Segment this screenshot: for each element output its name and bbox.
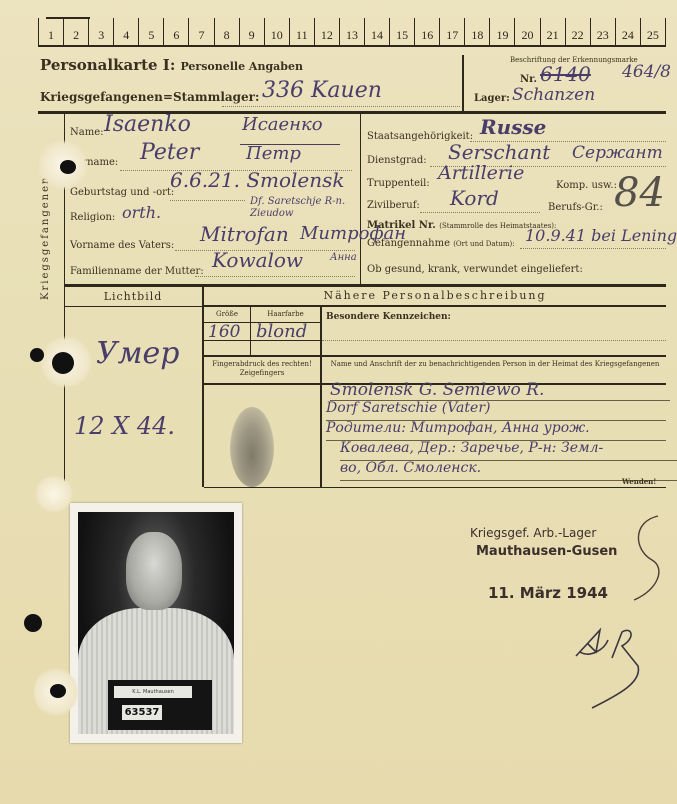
mutter-value-2: Анна — [330, 252, 357, 263]
personnel-card: 1234567891011121314151617181920212223242… — [0, 0, 677, 804]
gefangennahme-label-text: Gefangennahme — [367, 238, 450, 249]
truppenteil-value: Artillerie — [438, 162, 524, 184]
mutter-label: Familienname der Mutter: — [70, 266, 204, 277]
lichtbild-note-death: Умер — [96, 336, 180, 371]
religion-value: orth. — [122, 203, 161, 222]
punch-hole — [52, 352, 74, 374]
geburt-place-note: Df. Saretschje R-n. Zieudow — [250, 196, 360, 220]
stammlager-value: 336 Kauen — [262, 78, 382, 103]
signature-icon — [570, 622, 660, 712]
strip-cell: 8 — [214, 18, 239, 45]
komp-label: Komp. usw.: — [556, 180, 617, 191]
strip-marker — [46, 17, 90, 19]
stammlager-label: Kriegsgefangenen=Stammlager: — [40, 90, 259, 104]
punch-hole — [24, 614, 42, 632]
strip-cell: 14 — [364, 18, 389, 45]
number-strip: 1234567891011121314151617181920212223242… — [38, 18, 666, 47]
strip-cell: 11 — [289, 18, 314, 45]
truppenteil-label: Truppenteil: — [367, 178, 430, 189]
tear-mark — [34, 476, 74, 512]
strip-cell: 19 — [489, 18, 514, 45]
kontakt-line: Ковалева, Дер.: Заречье, Р-н: Земл- — [340, 440, 677, 461]
punch-hole — [30, 348, 44, 362]
strip-cell: 20 — [514, 18, 539, 45]
gefangennahme-value: 10.9.41 bei Leningr. — [525, 226, 677, 245]
religion-label: Religion: — [70, 212, 115, 223]
strip-cell: 10 — [264, 18, 289, 45]
plate-text: K.L. Mauthausen — [114, 686, 192, 698]
strip-cell: 2 — [63, 18, 88, 45]
strip-cell: 18 — [464, 18, 489, 45]
lager-value: Schanzen — [512, 85, 595, 105]
title-sub: Personelle Angaben — [180, 60, 303, 73]
geburt-label: Geburtstag und -ort: — [70, 187, 174, 198]
dienstgrad-label: Dienstgrad: — [367, 155, 427, 166]
card-title: Personalkarte I: Personelle Angaben — [40, 55, 303, 74]
gefangennahme-note: (Ort und Datum): — [453, 240, 514, 248]
lichtbild-note-date: 12 X 44. — [74, 412, 175, 440]
haarfarbe-label: Haarfarbe — [251, 310, 320, 318]
punch-hole — [60, 160, 76, 174]
kontakt-line: Dorf Saretschie (Vater) — [326, 400, 666, 421]
strip-cell: 16 — [414, 18, 439, 45]
plate-number: 63537 — [122, 705, 162, 720]
komp-value: 84 — [614, 170, 665, 216]
pencil-mark-icon — [628, 510, 668, 605]
vorname-value-cyr: Петр — [246, 143, 301, 164]
matrikel-label-text: Matrikel Nr. — [367, 220, 436, 231]
mutter-value: Kowalow — [212, 248, 303, 272]
zivilberuf-label: Zivilberuf: — [367, 200, 420, 211]
stamp-line-1-text: Kriegsgef. Arb.-Lager — [470, 526, 596, 540]
nr-value-2: 464/8 — [622, 62, 671, 82]
name-value: Isaenko — [104, 112, 191, 137]
berufs-label: Berufs-Gr.: — [548, 202, 603, 213]
prisoner-photo: K.L. Mauthausen 63537 — [70, 503, 242, 743]
fingerabdruck-label: Fingerabdruck des rechten! Zeigefingers — [206, 360, 318, 378]
lichtbild-label: Lichtbild — [64, 290, 202, 303]
vater-label: Vorname des Vaters: — [70, 240, 174, 251]
side-label: Kriegsgefangenen — [40, 176, 51, 300]
strip-cell: 4 — [113, 18, 138, 45]
vorname-value: Peter — [140, 140, 199, 165]
strip-cell: 5 — [138, 18, 163, 45]
id-plate: K.L. Mauthausen 63537 — [108, 680, 212, 730]
strip-cell: 9 — [239, 18, 264, 45]
strip-cell: 22 — [565, 18, 590, 45]
strip-cell: 13 — [339, 18, 364, 45]
fingerprint — [230, 407, 274, 487]
staat-value: Russe — [480, 115, 546, 139]
gefangennahme-label: Gefangennahme (Ort und Datum): — [367, 238, 515, 249]
nr-label: Nr. — [520, 74, 537, 85]
name-value-cyr: Исаенко — [242, 114, 323, 135]
strip-cell: 1 — [38, 18, 63, 45]
gesund-label: Ob gesund, krank, verwundet eingeliefert… — [367, 264, 583, 275]
strip-cell: 7 — [188, 18, 213, 45]
strip-cell: 25 — [640, 18, 666, 45]
groesse-label: Größe — [204, 310, 250, 318]
stamp-date: 11. März 1944 — [488, 584, 608, 602]
nr-value: 6140 — [540, 62, 591, 86]
groesse-value: 160 — [208, 322, 240, 342]
name-label: Name: — [70, 127, 103, 138]
title-main: Personalkarte I: — [40, 56, 175, 74]
wenden-label: Wenden! — [622, 477, 656, 486]
geburt-value: 6.6.21. Smolensk — [170, 168, 345, 192]
kontakt-label: Name und Anschrift der zu benachrichtige… — [330, 360, 660, 369]
strip-cell: 6 — [163, 18, 188, 45]
strip-cell: 24 — [615, 18, 640, 45]
strip-cell: 12 — [314, 18, 339, 45]
lager-label: Lager: — [474, 93, 510, 104]
description-title: Nähere Personalbeschreibung — [204, 289, 666, 302]
strip-cell: 21 — [540, 18, 565, 45]
stamp-line-1: Kriegsgef. Arb.-Lager — [470, 526, 596, 540]
strip-cell: 15 — [389, 18, 414, 45]
dienstgrad-value: Serschant — [448, 140, 550, 164]
haarfarbe-value: blond — [256, 321, 307, 342]
dienstgrad-value-cyr: Сержант — [572, 143, 663, 163]
strip-cell: 3 — [88, 18, 113, 45]
kennzeichen-label: Besondere Kennzeichen: — [326, 312, 451, 322]
punch-hole — [50, 684, 66, 698]
vater-value: Mitrofan — [200, 222, 289, 246]
kontakt-line: Родители: Митрофан, Анна урож. — [326, 420, 666, 441]
kontakt-line: Smolensk G. Semlewo R. — [330, 380, 670, 401]
stamp-line-2: Mauthausen-Gusen — [476, 544, 617, 559]
strip-cell: 17 — [439, 18, 464, 45]
zivilberuf-value: Kord — [450, 186, 499, 210]
strip-cell: 23 — [590, 18, 615, 45]
